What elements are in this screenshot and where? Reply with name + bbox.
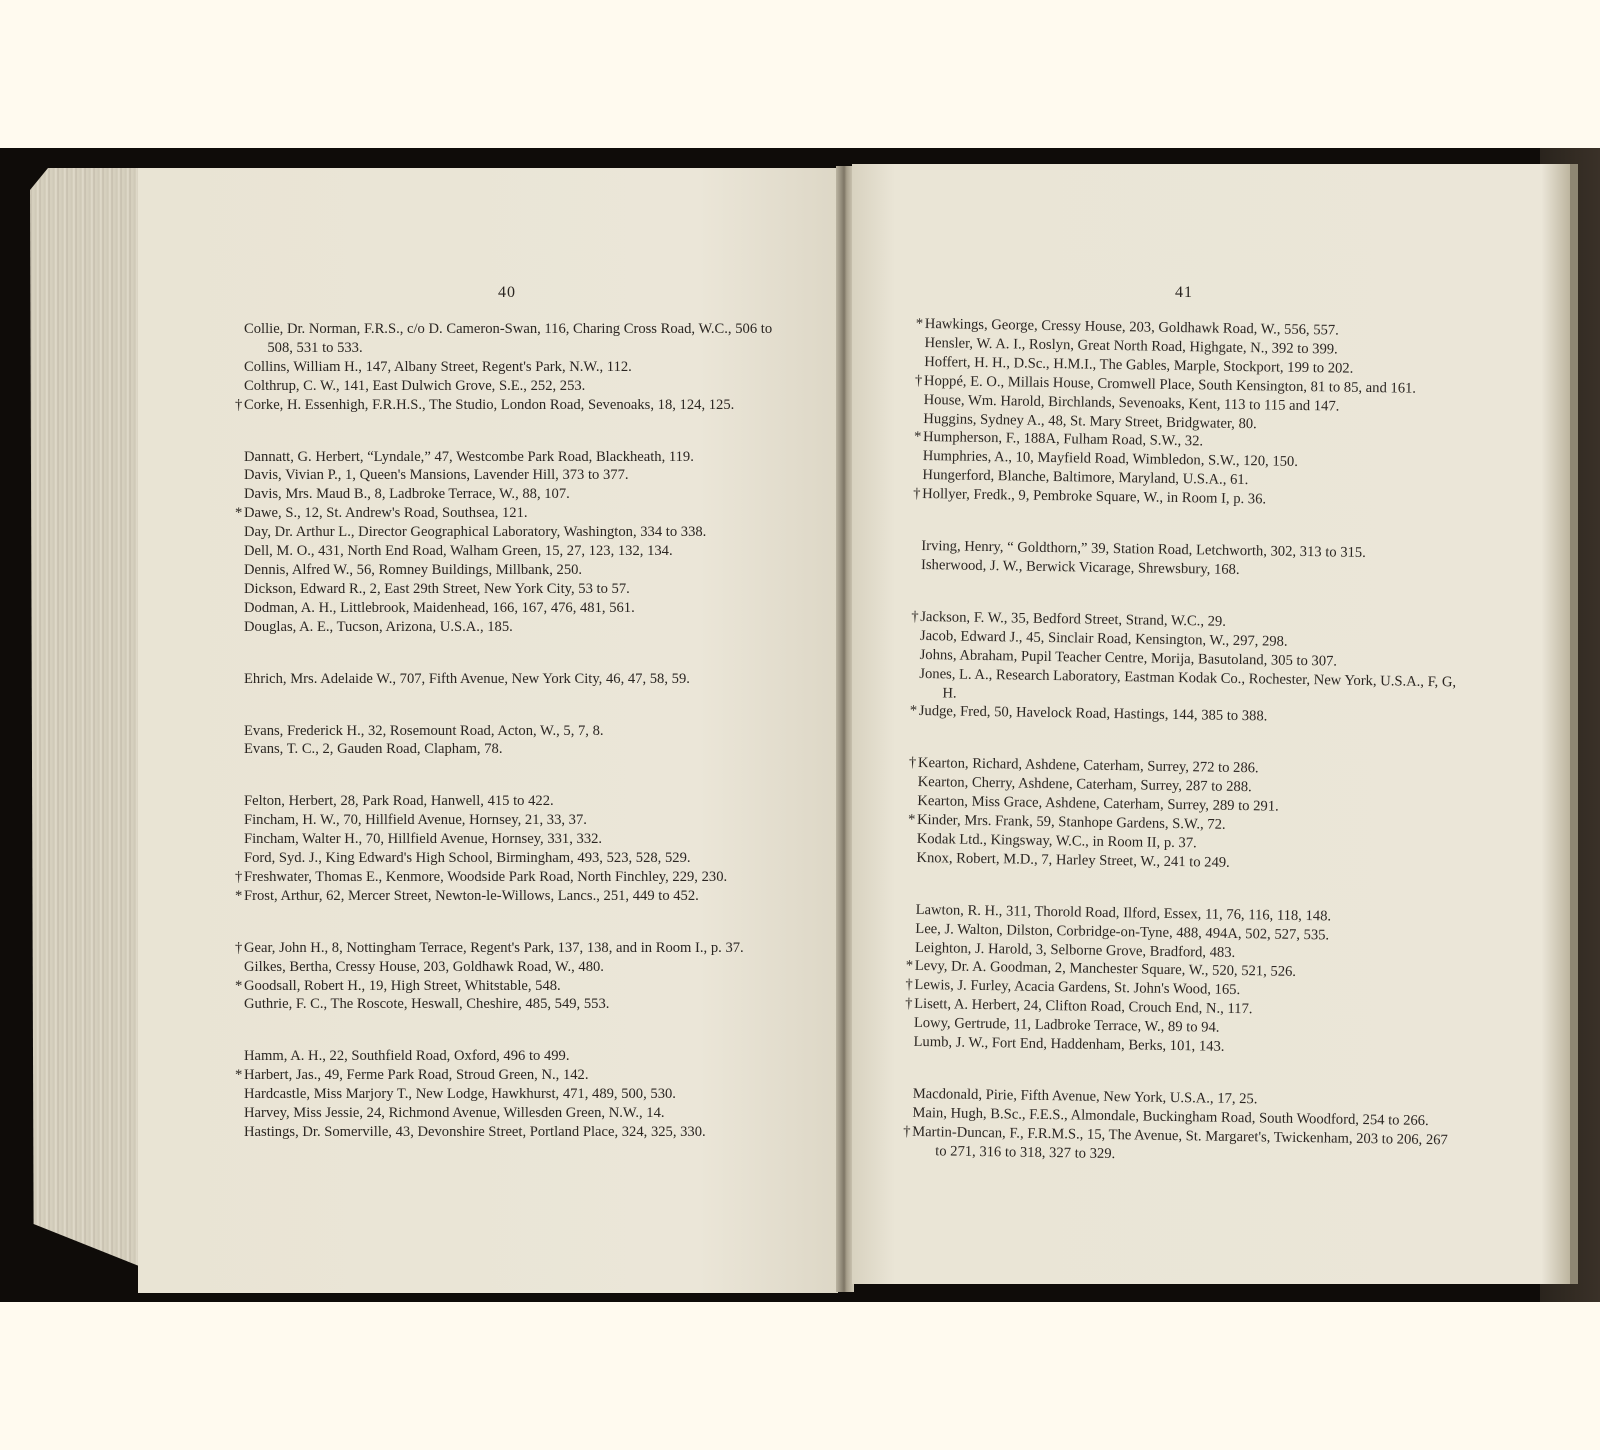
- right-page-number: 41: [1175, 284, 1193, 302]
- entry-group: *Hawkings, George, Cressy House, 203, Go…: [922, 315, 1470, 513]
- entry-text: Frost, Arthur, 62, Mercer Street, Newton…: [244, 888, 699, 904]
- entry-text: Hamm, A. H., 22, Southfield Road, Oxford…: [244, 1048, 570, 1064]
- entry-text: Jones, L. A., Research Laboratory, Eastm…: [919, 666, 1456, 701]
- directory-entry: Evans, Frederick H., 32, Rosemount Road,…: [244, 722, 799, 741]
- entry-text: Evans, Frederick H., 32, Rosemount Road,…: [244, 723, 604, 739]
- directory-entry: Ehrich, Mrs. Adelaide W., 707, Fifth Ave…: [244, 670, 799, 689]
- entry-group: Collie, Dr. Norman, F.R.S., c/o D. Camer…: [244, 320, 799, 415]
- entry-group: Irving, Henry, “ Goldthorn,” 39, Station…: [921, 537, 1467, 583]
- entry-text: Dell, M. O., 431, North End Road, Walham…: [244, 543, 673, 559]
- directory-entry: Davis, Mrs. Maud B., 8, Ladbroke Terrace…: [244, 485, 799, 504]
- entry-text: Martin-Duncan, F., F.R.M.S., 15, The Ave…: [912, 1124, 1448, 1162]
- entry-text: Kodak Ltd., Kingsway, W.C., in Room II, …: [917, 831, 1197, 851]
- entry-text: Harvey, Miss Jessie, 24, Richmond Avenue…: [244, 1105, 665, 1121]
- entry-text: Hollyer, Fredk., 9, Pembroke Square, W.,…: [922, 486, 1266, 507]
- entry-text: Colthrup, C. W., 141, East Dulwich Grove…: [244, 378, 585, 394]
- entry-text: Felton, Herbert, 28, Park Road, Hanwell,…: [244, 793, 554, 809]
- entry-group: Dannatt, G. Herbert, “Lyndale,” 47, West…: [244, 448, 799, 637]
- directory-entry: Collie, Dr. Norman, F.R.S., c/o D. Camer…: [244, 320, 799, 358]
- entry-text: Humpherson, F., 188A, Fulham Road, S.W.,…: [923, 429, 1203, 449]
- entry-text: Freshwater, Thomas E., Kenmore, Woodside…: [244, 869, 727, 885]
- directory-entry: *Frost, Arthur, 62, Mercer Street, Newto…: [244, 887, 799, 906]
- entry-text: Knox, Robert, M.D., 7, Harley Street, W.…: [916, 850, 1230, 871]
- directory-entry: Fincham, Walter H., 70, Hillfield Avenue…: [244, 830, 799, 849]
- directory-entry: Hardcastle, Miss Marjory T., New Lodge, …: [244, 1085, 799, 1104]
- entry-text: Ford, Syd. J., King Edward's High School…: [244, 850, 691, 866]
- entry-text: Fincham, Walter H., 70, Hillfield Avenue…: [244, 831, 602, 847]
- entry-group: Lawton, R. H., 311, Thorold Road, Ilford…: [913, 901, 1460, 1061]
- directory-entry: †Freshwater, Thomas E., Kenmore, Woodsid…: [244, 868, 799, 887]
- entry-group: Ehrich, Mrs. Adelaide W., 707, Fifth Ave…: [244, 670, 799, 689]
- entry-text: Harbert, Jas., 49, Ferme Park Road, Stro…: [244, 1067, 589, 1083]
- directory-entry: †Martin-Duncan, F., F.R.M.S., 15, The Av…: [912, 1123, 1458, 1169]
- entry-text: Collie, Dr. Norman, F.R.S., c/o D. Camer…: [244, 321, 772, 356]
- entry-text: Gilkes, Bertha, Cressy House, 203, Goldh…: [244, 959, 604, 975]
- entry-text: Dickson, Edward R., 2, East 29th Street,…: [244, 581, 630, 597]
- entry-group: Macdonald, Pirie, Fifth Avenue, New York…: [912, 1085, 1458, 1169]
- directory-entry: Day, Dr. Arthur L., Director Geographica…: [244, 523, 799, 542]
- entry-text: Corke, H. Essenhigh, F.R.H.S., The Studi…: [244, 397, 734, 413]
- directory-entry: Dickson, Edward R., 2, East 29th Street,…: [244, 580, 799, 599]
- entry-text: Ehrich, Mrs. Adelaide W., 707, Fifth Ave…: [244, 671, 690, 687]
- entry-text: Hardcastle, Miss Marjory T., New Lodge, …: [244, 1086, 676, 1102]
- entry-text: Dodman, A. H., Littlebrook, Maidenhead, …: [244, 600, 635, 616]
- directory-entry: Ford, Syd. J., King Edward's High School…: [244, 849, 799, 868]
- directory-entry: Collins, William H., 147, Albany Street,…: [244, 358, 799, 377]
- directory-entry: Felton, Herbert, 28, Park Road, Hanwell,…: [244, 792, 799, 811]
- directory-entry: Douglas, A. E., Tucson, Arizona, U.S.A.,…: [244, 618, 799, 637]
- entry-text: Isherwood, J. W., Berwick Vicarage, Shre…: [921, 557, 1240, 578]
- directory-entry: Hamm, A. H., 22, Southfield Road, Oxford…: [244, 1047, 799, 1066]
- directory-entry: Dell, M. O., 431, North End Road, Walham…: [244, 542, 799, 561]
- entry-group: †Jackson, F. W., 35, Bedford Street, Str…: [919, 608, 1466, 730]
- entry-group: Hamm, A. H., 22, Southfield Road, Oxford…: [244, 1047, 799, 1142]
- left-entry-list: Collie, Dr. Norman, F.R.S., c/o D. Camer…: [244, 320, 799, 1175]
- entry-text: Guthrie, F. C., The Roscote, Heswall, Ch…: [244, 996, 609, 1012]
- entry-text: Hastings, Dr. Somerville, 43, Devonshire…: [244, 1124, 706, 1140]
- directory-entry: Colthrup, C. W., 141, East Dulwich Grove…: [244, 377, 799, 396]
- entry-text: Goodsall, Robert H., 19, High Street, Wh…: [244, 978, 561, 994]
- entry-group: Felton, Herbert, 28, Park Road, Hanwell,…: [244, 792, 799, 905]
- entry-group: Evans, Frederick H., 32, Rosemount Road,…: [244, 722, 799, 760]
- directory-entry: Harvey, Miss Jessie, 24, Richmond Avenue…: [244, 1104, 799, 1123]
- entry-text: Collins, William H., 147, Albany Street,…: [244, 359, 632, 375]
- directory-entry: *Dawe, S., 12, St. Andrew's Road, Souths…: [244, 504, 799, 523]
- left-page-number: 40: [498, 284, 516, 302]
- entry-text: Fincham, H. W., 70, Hillfield Avenue, Ho…: [244, 812, 587, 828]
- entry-text: Dawe, S., 12, St. Andrew's Road, Southse…: [244, 505, 528, 521]
- right-entry-list: *Hawkings, George, Cressy House, 203, Go…: [911, 315, 1470, 1202]
- entry-text: Lumb, J. W., Fort End, Haddenham, Berks,…: [913, 1034, 1224, 1055]
- directory-entry: Hastings, Dr. Somerville, 43, Devonshire…: [244, 1123, 799, 1142]
- entry-group: †Kearton, Richard, Ashdene, Caterham, Su…: [916, 754, 1463, 876]
- entry-text: Dennis, Alfred W., 56, Romney Buildings,…: [244, 562, 582, 578]
- directory-entry: *Harbert, Jas., 49, Ferme Park Road, Str…: [244, 1066, 799, 1085]
- entry-text: Davis, Mrs. Maud B., 8, Ladbroke Terrace…: [244, 486, 570, 502]
- entry-text: Judge, Fred, 50, Havelock Road, Hastings…: [919, 703, 1268, 724]
- directory-entry: †Gear, John H., 8, Nottingham Terrace, R…: [244, 939, 799, 958]
- entry-text: Day, Dr. Arthur L., Director Geographica…: [244, 524, 706, 540]
- directory-entry: Dennis, Alfred W., 56, Romney Buildings,…: [244, 561, 799, 580]
- directory-entry: Dodman, A. H., Littlebrook, Maidenhead, …: [244, 599, 799, 618]
- entry-text: Davis, Vivian P., 1, Queen's Mansions, L…: [244, 467, 629, 483]
- directory-entry: Gilkes, Bertha, Cressy House, 203, Goldh…: [244, 958, 799, 977]
- entry-text: Evans, T. C., 2, Gauden Road, Clapham, 7…: [244, 741, 502, 757]
- directory-entry: Evans, T. C., 2, Gauden Road, Clapham, 7…: [244, 740, 799, 759]
- entry-group: †Gear, John H., 8, Nottingham Terrace, R…: [244, 939, 799, 1015]
- directory-entry: Guthrie, F. C., The Roscote, Heswall, Ch…: [244, 995, 799, 1014]
- directory-entry: Fincham, H. W., 70, Hillfield Avenue, Ho…: [244, 811, 799, 830]
- directory-entry: *Goodsall, Robert H., 19, High Street, W…: [244, 977, 799, 996]
- directory-entry: Davis, Vivian P., 1, Queen's Mansions, L…: [244, 466, 799, 485]
- page-edges: [24, 168, 144, 1268]
- directory-entry: †Corke, H. Essenhigh, F.R.H.S., The Stud…: [244, 396, 799, 415]
- entry-text: Douglas, A. E., Tucson, Arizona, U.S.A.,…: [244, 619, 513, 635]
- directory-entry: Dannatt, G. Herbert, “Lyndale,” 47, West…: [244, 448, 799, 467]
- entry-text: Gear, John H., 8, Nottingham Terrace, Re…: [244, 940, 744, 956]
- entry-text: Dannatt, G. Herbert, “Lyndale,” 47, West…: [244, 449, 694, 465]
